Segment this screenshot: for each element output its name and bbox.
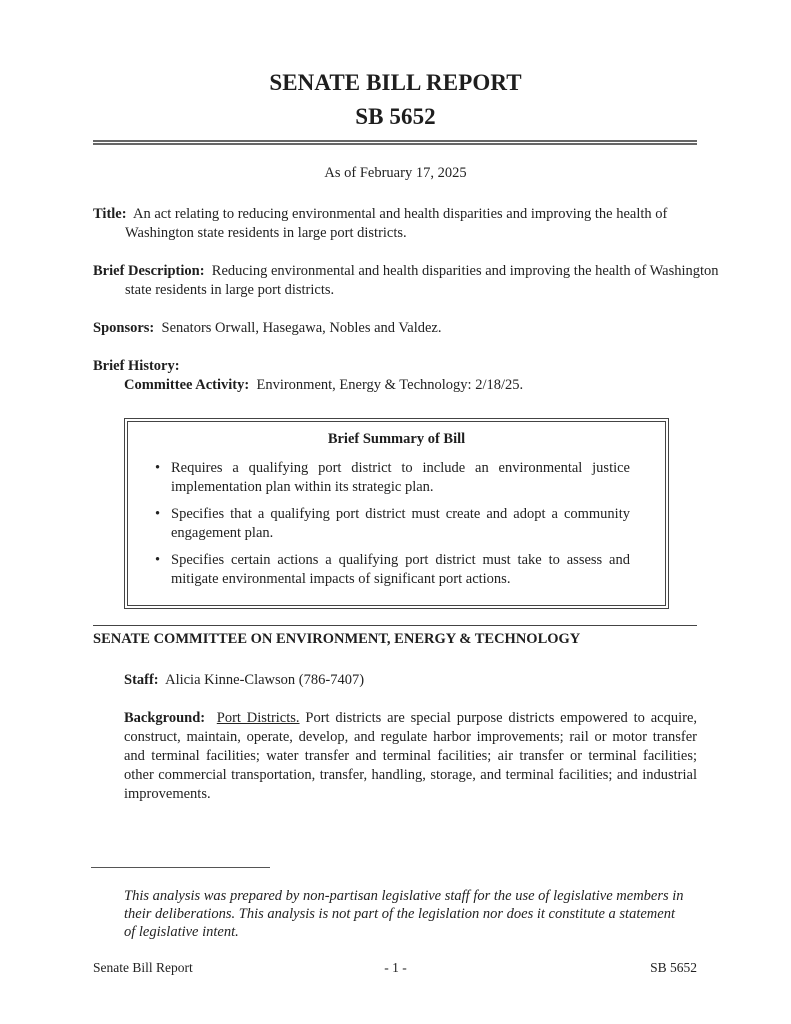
staff-label: Staff:	[124, 672, 159, 688]
title-field: Title: An act relating to reducing envir…	[93, 205, 729, 243]
background-text: Port districts are special purpose distr…	[124, 710, 697, 802]
summary-item-text: Specifies that a qualifying port distric…	[171, 506, 630, 541]
brief-description-label: Brief Description:	[93, 263, 205, 279]
sponsors-field: Sponsors: Senators Orwall, Hasegawa, Nob…	[93, 319, 697, 338]
section-divider	[93, 625, 697, 626]
staff-field: Staff: Alicia Kinne-Clawson (786-7407)	[124, 671, 697, 690]
brief-history-heading: Brief History:	[93, 358, 180, 374]
summary-item-text: Specifies certain actions a qualifying p…	[171, 552, 630, 587]
staff-value: Alicia Kinne-Clawson (786-7407)	[165, 672, 364, 688]
bill-number: SB 5652	[0, 104, 791, 130]
list-item: •Specifies that a qualifying port distri…	[155, 505, 630, 543]
title-value: An act relating to reducing environmenta…	[125, 206, 667, 241]
as-of-date: As of February 17, 2025	[0, 165, 791, 182]
report-title: SENATE BILL REPORT	[0, 70, 791, 96]
sponsors-label: Sponsors:	[93, 320, 154, 336]
summary-item-text: Requires a qualifying port district to i…	[171, 460, 630, 495]
bullet-icon: •	[155, 505, 160, 524]
brief-summary-list: •Requires a qualifying port district to …	[155, 459, 630, 597]
list-item: •Requires a qualifying port district to …	[155, 459, 630, 497]
committee-activity-field: Committee Activity: Environment, Energy …	[124, 376, 697, 395]
brief-summary-box: Brief Summary of Bill •Requires a qualif…	[124, 418, 669, 609]
brief-summary-heading: Brief Summary of Bill	[125, 431, 668, 448]
list-item: •Specifies certain actions a qualifying …	[155, 551, 630, 589]
header-double-rule	[93, 140, 697, 145]
bullet-icon: •	[155, 459, 160, 478]
background-subheading: Port Districts.	[217, 710, 300, 726]
title-label: Title:	[93, 206, 127, 222]
footnote-rule	[91, 867, 270, 868]
brief-description-value: Reducing environmental and health dispar…	[125, 263, 719, 298]
brief-description-field: Brief Description: Reducing environmenta…	[93, 262, 729, 300]
brief-history-label: Brief History:	[93, 357, 180, 376]
committee-activity-value: Environment, Energy & Technology: 2/18/2…	[256, 377, 523, 393]
committee-activity-label: Committee Activity:	[124, 377, 249, 393]
sponsors-value: Senators Orwall, Hasegawa, Nobles and Va…	[162, 320, 442, 336]
footer-right: SB 5652	[650, 960, 697, 976]
bullet-icon: •	[155, 551, 160, 570]
background-label: Background:	[124, 710, 205, 726]
disclaimer-note: This analysis was prepared by non-partis…	[124, 887, 684, 941]
committee-heading: SENATE COMMITTEE ON ENVIRONMENT, ENERGY …	[93, 631, 580, 648]
background-section: Background: Port Districts. Port distric…	[124, 709, 697, 804]
